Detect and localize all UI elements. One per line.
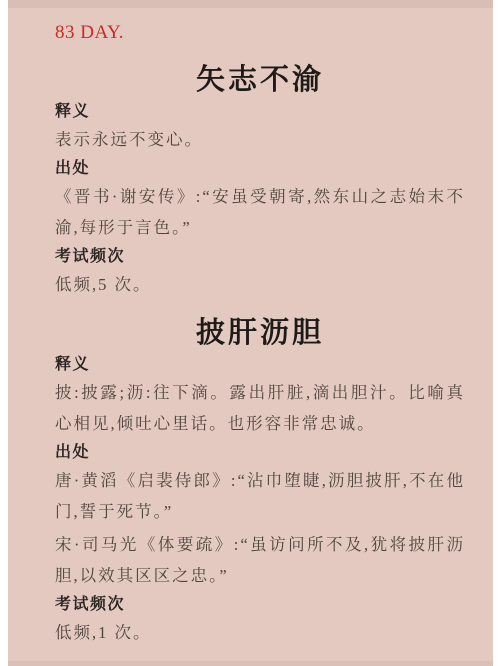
entry2-definition-heading: 释义 <box>55 355 465 375</box>
entry1-definition-text: 表示永远不变心。 <box>55 124 465 155</box>
entry2-source-text-2: 宋·司马光《体要疏》:“虽访问所不及,犹将披肝沥胆,以效其区区之忠。” <box>55 529 465 591</box>
entry2-exam-frequency-text: 低频,1 次。 <box>55 617 465 648</box>
entry1-source-heading: 出处 <box>55 159 465 179</box>
entry2-source-text-1: 唐·黄滔《启裴侍郎》:“沾巾堕睫,沥胆披肝,不在他门,誓于死节。” <box>55 465 465 527</box>
page-frame: 83 DAY. 矢志不渝 释义 表示永远不变心。 出处 《晋书·谢安传》:“安虽… <box>0 0 500 666</box>
idiom-title-1: 矢志不渝 <box>55 62 465 98</box>
entry1-source-text: 《晋书·谢安传》:“安虽受朝寄,然东山之志始末不渝,每形于言色。” <box>55 181 465 243</box>
idiom-entry-1: 矢志不渝 释义 表示永远不变心。 出处 《晋书·谢安传》:“安虽受朝寄,然东山之… <box>55 62 465 300</box>
idiom-entry-2: 披肝沥胆 释义 披:披露;沥:往下滴。露出肝脏,滴出胆汁。比喻真心相见,倾吐心里… <box>55 315 465 648</box>
page-content: 83 DAY. 矢志不渝 释义 表示永远不变心。 出处 《晋书·谢安传》:“安虽… <box>8 0 493 666</box>
entry1-definition-heading: 释义 <box>55 102 465 122</box>
idiom-title-2: 披肝沥胆 <box>55 315 465 351</box>
day-label: 83 DAY. <box>55 22 465 44</box>
entry2-definition-text: 披:披露;沥:往下滴。露出肝脏,滴出胆汁。比喻真心相见,倾吐心里话。也形容非常忠… <box>55 377 465 439</box>
flashcard-page: 83 DAY. 矢志不渝 释义 表示永远不变心。 出处 《晋书·谢安传》:“安虽… <box>8 0 493 666</box>
entry2-source-heading: 出处 <box>55 443 465 463</box>
entry2-exam-frequency-heading: 考试频次 <box>55 595 465 615</box>
entry1-exam-frequency-heading: 考试频次 <box>55 247 465 267</box>
entry1-exam-frequency-text: 低频,5 次。 <box>55 269 465 300</box>
